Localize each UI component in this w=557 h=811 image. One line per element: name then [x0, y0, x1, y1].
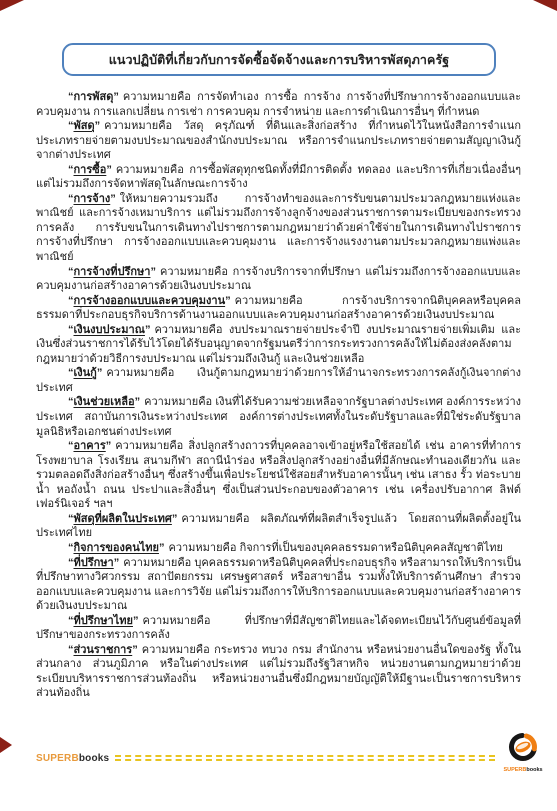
definition-term: พัสดุ	[74, 120, 95, 132]
quote-close: ”	[159, 542, 165, 554]
quote-close: ”	[110, 193, 116, 205]
definition-term: เงินช่วยเหลือ	[74, 396, 135, 408]
footer-brand: SUPERBbooks	[36, 753, 109, 764]
definition-paragraph: “เงินงบประมาณ”ความหมายคือ งบประมาณรายจ่า…	[36, 323, 521, 367]
definition-term: การซื้อ	[74, 164, 107, 176]
quote-close: ”	[150, 266, 156, 278]
definitions-section: “การพัสดุ”ความหมายคือ การจัดทำเอง การซื้…	[36, 90, 521, 701]
definition-term: ที่ปรึกษาไทย	[74, 615, 133, 627]
corner-decoration-top-right	[533, 0, 557, 11]
quote-close: ”	[132, 644, 138, 656]
definition-paragraph: “ส่วนราชการ”ความหมายคือ กระทรวง ทบวง กรม…	[36, 643, 521, 701]
quote-close: ”	[145, 324, 151, 336]
quote-close: ”	[113, 91, 119, 103]
definition-body: ความหมายคือ วัสดุ ครุภัณฑ์ ที่ดินและสิ่ง…	[36, 120, 521, 161]
footer-rule	[115, 755, 495, 761]
quote-close: ”	[97, 367, 103, 379]
definition-paragraph: “เงินช่วยเหลือ”ความหมายคือ เงินที่ได้รับ…	[36, 395, 521, 439]
definition-paragraph: “เงินกู้”ความหมายคือ เงินกู้ตามกฎหมายว่า…	[36, 366, 521, 395]
definition-paragraph: “กิจการของคนไทย”ความหมายคือ กิจการที่เป็…	[36, 541, 521, 556]
definition-term: การจ้างที่ปรึกษา	[74, 266, 151, 278]
definition-term: เงินกู้	[74, 367, 97, 379]
definition-paragraph: “การจ้างออกแบบและควบคุมงาน”ความหมายคือ ก…	[36, 294, 521, 323]
logo-caption: SUPERBbooks	[503, 767, 542, 773]
quote-close: ”	[172, 513, 178, 525]
quote-close: ”	[95, 120, 101, 132]
definition-paragraph: “อาคาร”ความหมายคือ สิ่งปลูกสร้างถาวรที่บ…	[36, 439, 521, 512]
definition-body: ความหมายคือ กิจการที่เป็นของบุคคลธรรมดาห…	[168, 542, 502, 554]
page-title: แนวปฏิบัติที่เกี่ยวกับการจัดซื้อจัดจ้างแ…	[109, 50, 450, 70]
logo-caption-dark: books	[526, 767, 542, 773]
corner-decoration-top-left	[0, 0, 24, 11]
definition-paragraph: “การซื้อ”ความหมายคือ การซื้อพัสดุทุกชนิด…	[36, 163, 521, 192]
definition-body: ความหมายคือ เงินกู้ตามกฎหมายว่าด้วยการให…	[36, 367, 521, 394]
definition-term: การจ้าง	[74, 193, 111, 205]
definition-paragraph: “พัสดุ”ความหมายคือ วัสดุ ครุภัณฑ์ ที่ดิน…	[36, 119, 521, 163]
publisher-logo: SUPERBbooks	[497, 731, 549, 773]
definition-term: พัสดุที่ผลิตในประเทศ	[74, 513, 172, 525]
definition-term: อาคาร	[74, 440, 106, 452]
footer: SUPERBbooks	[36, 752, 495, 764]
definition-term: การจ้างออกแบบและควบคุมงาน	[74, 295, 226, 307]
definition-paragraph: “การพัสดุ”ความหมายคือ การจัดทำเอง การซื้…	[36, 90, 521, 119]
quote-close: ”	[133, 615, 139, 627]
footer-brand-orange: SUPERB	[36, 753, 79, 764]
logo-caption-orange: SUPERB	[503, 767, 526, 773]
definition-paragraph: “การจ้างที่ปรึกษา”ความหมายคือ การจ้างบริ…	[36, 265, 521, 294]
superbbooks-logo-icon	[500, 731, 546, 767]
quote-close: ”	[106, 440, 112, 452]
definition-paragraph: “ที่ปรึกษาไทย”ความหมายคือ ที่ปรึกษาที่มี…	[36, 614, 521, 643]
definition-paragraph: “ที่ปรึกษา”ความหมายคือ บุคคลธรรมดาหรือนิ…	[36, 556, 521, 614]
definition-term: ที่ปรึกษา	[74, 557, 114, 569]
quote-close: ”	[135, 396, 141, 408]
title-box: แนวปฏิบัติที่เกี่ยวกับการจัดซื้อจัดจ้างแ…	[62, 43, 496, 76]
quote-close: ”	[225, 295, 231, 307]
definition-term: การพัสดุ	[74, 91, 114, 103]
document-page: แนวปฏิบัติที่เกี่ยวกับการจัดซื้อจัดจ้างแ…	[0, 0, 557, 811]
definition-term: เงินงบประมาณ	[74, 324, 145, 336]
definition-paragraph: “การจ้าง”ให้หมายความรวมถึง การจ้างทำของแ…	[36, 192, 521, 265]
corner-decoration-bottom-left	[0, 737, 12, 753]
footer-brand-dark: books	[79, 753, 109, 764]
definition-paragraph: “พัสดุที่ผลิตในประเทศ”ความหมายคือ ผลิตภั…	[36, 512, 521, 541]
quote-close: ”	[114, 557, 120, 569]
definition-term: กิจการของคนไทย	[74, 542, 159, 554]
quote-close: ”	[106, 164, 112, 176]
definition-term: ส่วนราชการ	[74, 644, 133, 656]
